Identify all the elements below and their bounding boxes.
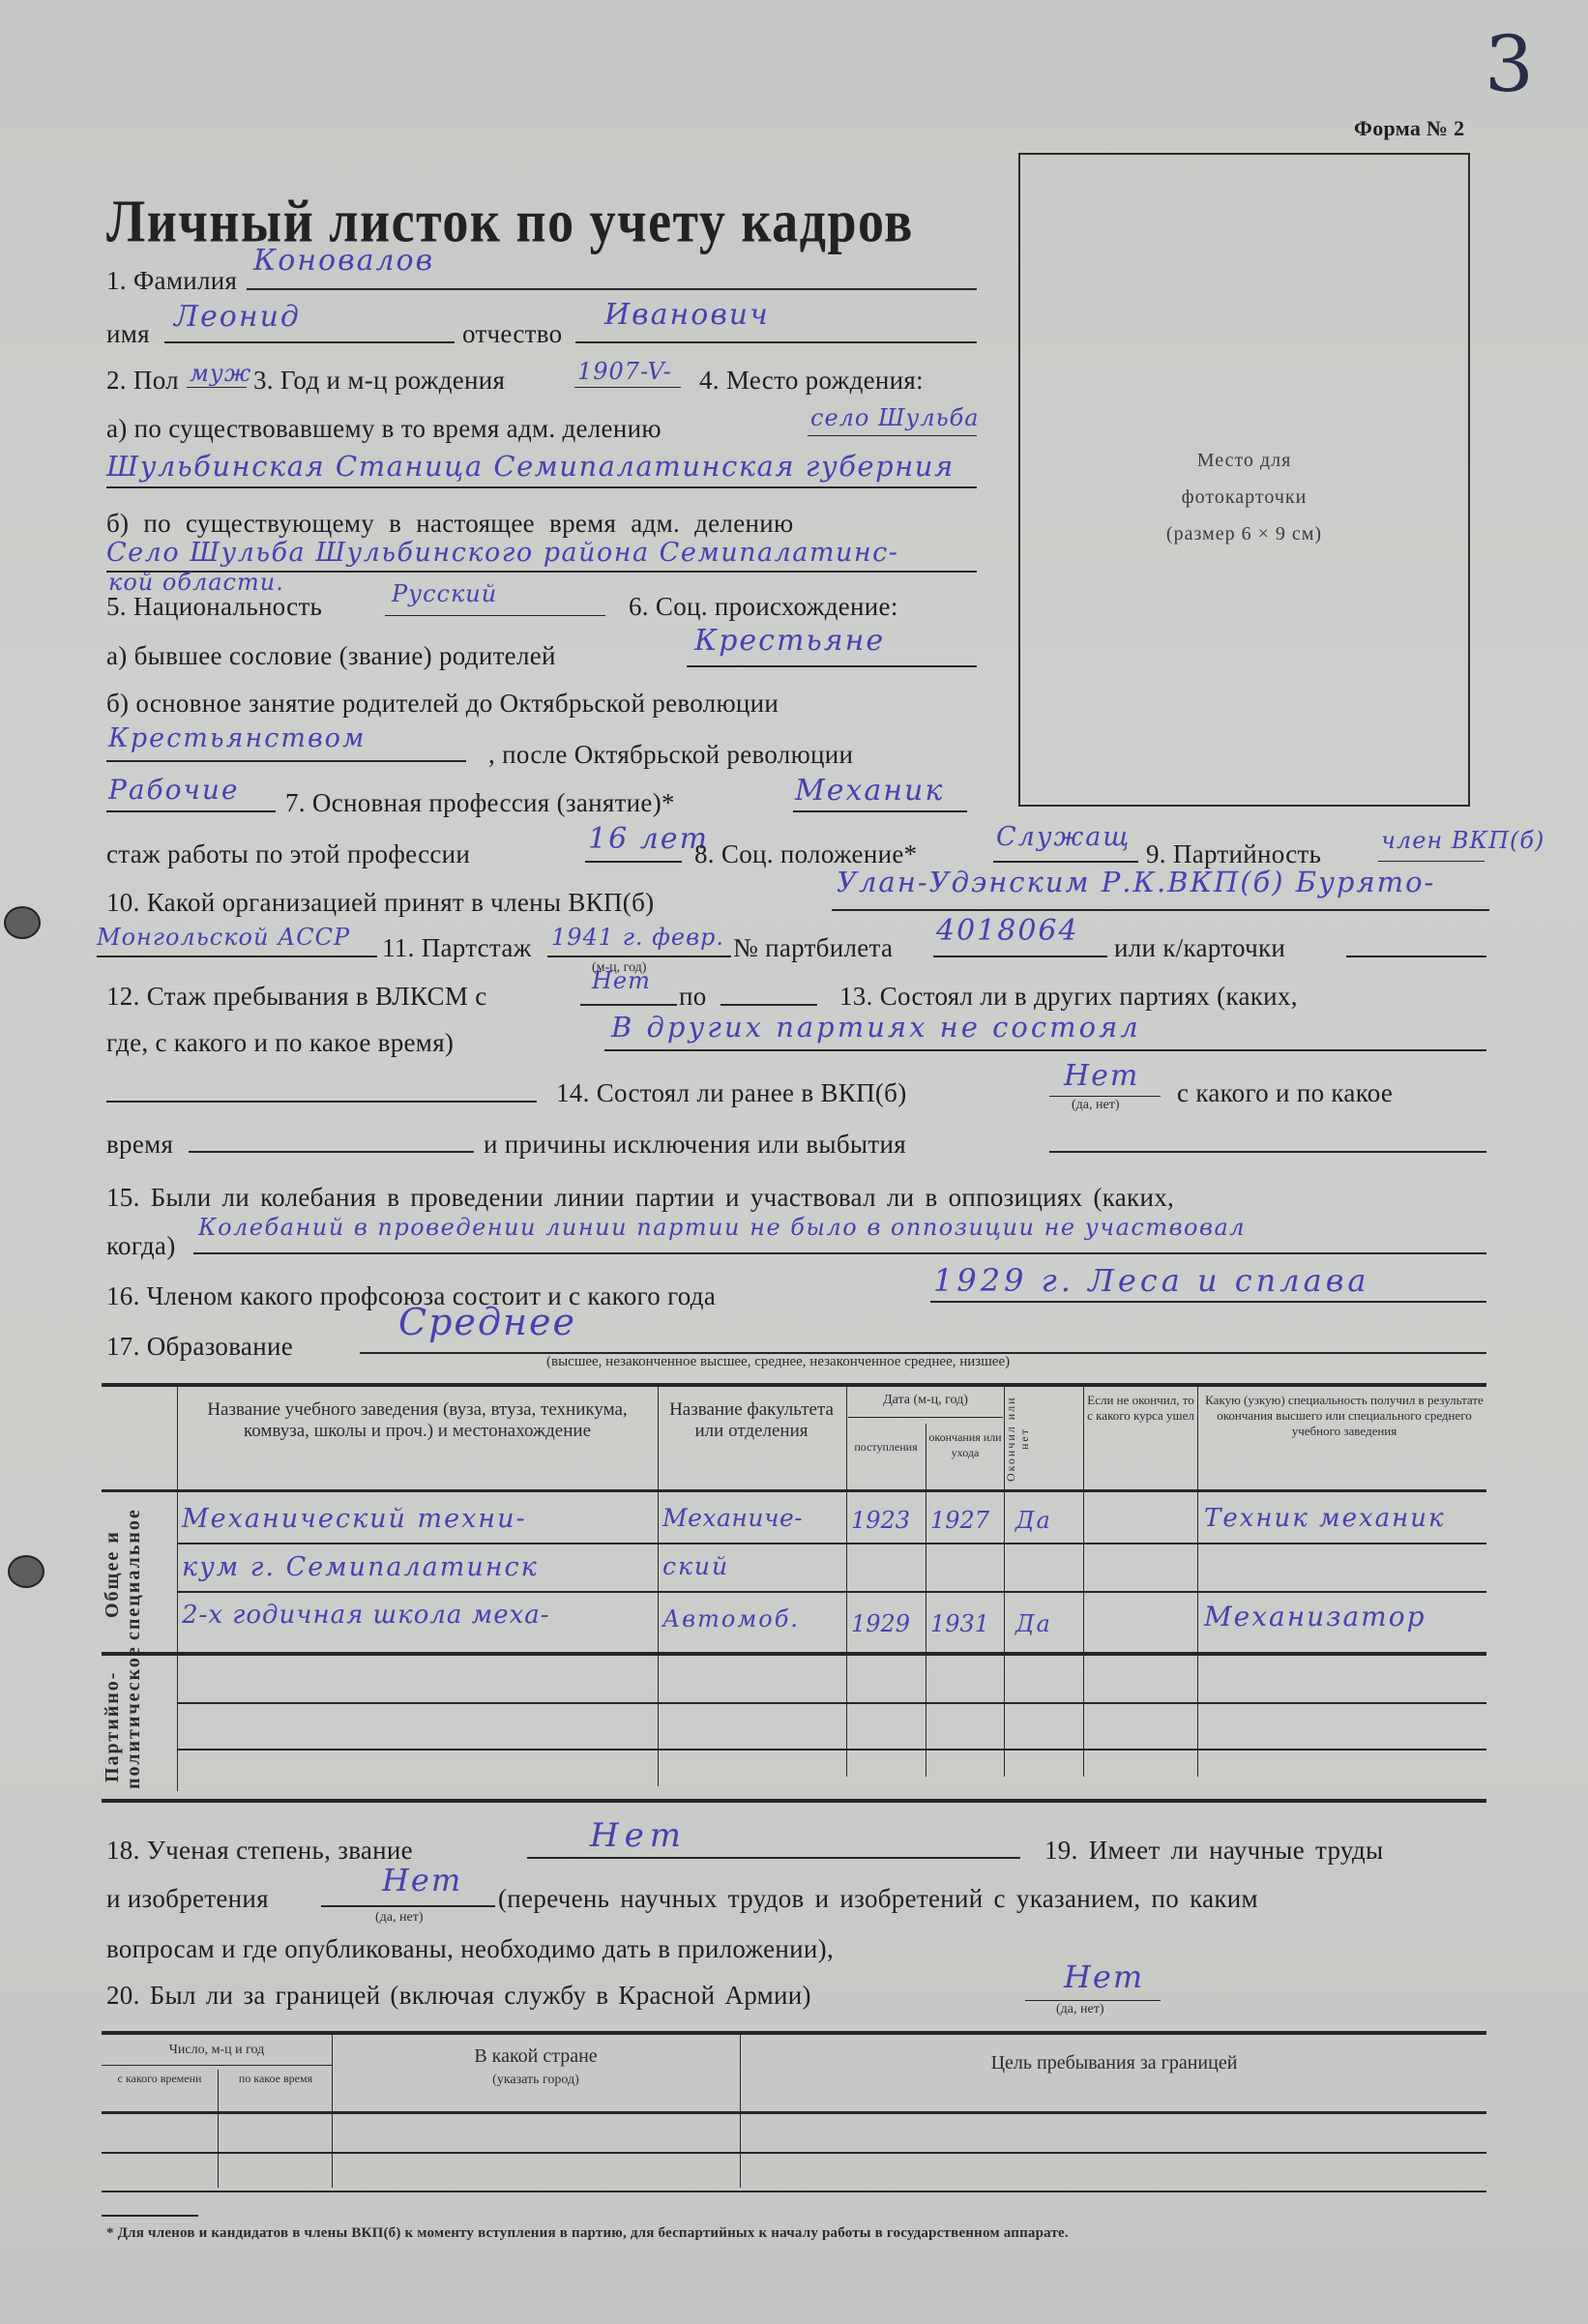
profession-field[interactable]: Механик xyxy=(795,774,944,808)
surname-label: 1. Фамилия xyxy=(106,266,237,296)
prior-vkp-after: с какого и по какое xyxy=(1177,1078,1393,1108)
photo-size: (размер 6 × 9 см) xyxy=(1020,523,1468,545)
degree-field[interactable]: Нет xyxy=(590,1816,687,1855)
cell-faculty[interactable]: Механиче- xyxy=(662,1504,803,1532)
document-page: 3 Форма № 2 Личный листок по учету кадро… xyxy=(0,0,1588,2324)
cell-institution[interactable]: 2-х годичная школа меха- xyxy=(182,1601,550,1630)
nationality-label: 5. Национальность xyxy=(106,592,322,622)
nationality-field[interactable]: Русский xyxy=(392,580,497,607)
col-header-purpose: Цель пребывания за границей xyxy=(742,2052,1486,2074)
birth-date-field[interactable]: 1907-V- xyxy=(577,358,672,385)
col-header-faculty: Название факультета или отделения xyxy=(660,1399,843,1442)
party-tenure-label: 11. Партстаж xyxy=(382,933,532,963)
prior-vkp-time-label: время xyxy=(106,1130,173,1160)
party-card-field[interactable]: 4018064 xyxy=(936,914,1079,948)
prior-vkp-hint: (да, нет) xyxy=(1072,1098,1120,1113)
abroad-field[interactable]: Нет xyxy=(1064,1958,1144,1995)
parents-occupation-before-field[interactable]: Крестьянством xyxy=(108,723,366,753)
footnote: * Для членов и кандидатов в члены ВКП(б)… xyxy=(106,2222,1489,2244)
birth-place-new-label: б) по существующему в настоящее время ад… xyxy=(106,509,793,539)
works-label-cont: и изобретения xyxy=(106,1884,269,1914)
sex-field[interactable]: муж xyxy=(190,360,251,387)
party-org-label: 10. Какой организацией принят в члены ВК… xyxy=(106,888,654,918)
education-hint: (высшее, незаконченное высшее, среднее, … xyxy=(546,1354,1010,1370)
col-header-from: с какого времени xyxy=(102,2072,218,2085)
col-header-entered: поступления xyxy=(847,1439,925,1455)
education-field[interactable]: Среднее xyxy=(398,1301,576,1343)
photo-label: Место для xyxy=(1020,450,1468,472)
first-name-label: имя xyxy=(106,319,150,349)
birth-place-new-field[interactable]: Село Шульба Шульбинского района Семипала… xyxy=(106,538,898,568)
first-name-field[interactable]: Леонид xyxy=(174,300,301,334)
other-parties-label: 13. Состоял ли в других партиях (каких, xyxy=(839,982,1298,1012)
col-header-course-left: Если не окончил, то с какого курса ушел xyxy=(1085,1393,1196,1424)
form-number: Форма № 2 xyxy=(1354,116,1464,141)
sex-label: 2. Пол xyxy=(106,366,179,396)
abroad-hint: (да, нет) xyxy=(1056,2002,1104,2017)
punch-hole xyxy=(4,906,41,939)
candidate-card-label: или к/карточки xyxy=(1114,933,1285,963)
birth-place-old-label: а) по существовавшему в то время адм. де… xyxy=(106,414,662,444)
col-header-country-hint: (указать город) xyxy=(334,2073,738,2088)
abroad-label: 20. Был ли за границей (включая службу в… xyxy=(106,1981,811,2011)
education-label: 17. Образование xyxy=(106,1332,293,1362)
col-header-date: Число, м-ц и год xyxy=(102,2043,332,2058)
profession-label: 7. Основная профессия (занятие)* xyxy=(285,788,675,818)
cell-faculty[interactable]: ский xyxy=(662,1552,729,1580)
cell-faculty[interactable]: Автомоб. xyxy=(662,1605,800,1633)
birth-date-label: 3. Год и м-ц рождения xyxy=(253,366,505,396)
works-hint: (да, нет) xyxy=(375,1910,424,1926)
komsomol-from-field[interactable]: Нет xyxy=(592,967,651,994)
birth-place-old-field-cont[interactable]: Шульбинская Станица Семипалатинская губе… xyxy=(106,450,955,483)
cell-completed[interactable]: Да xyxy=(1015,1610,1052,1637)
cell-finished[interactable]: 1931 xyxy=(930,1610,989,1637)
cell-specialty[interactable]: Техник механик xyxy=(1204,1504,1446,1533)
section-party: Партийно-политическое xyxy=(102,1663,175,1789)
col-header-specialty: Какую (узкую) специальность получил в ре… xyxy=(1204,1393,1485,1439)
birth-place-old-field[interactable]: село Шульба xyxy=(810,404,980,431)
parents-estate-field[interactable]: Крестьяне xyxy=(694,624,885,658)
photo-placeholder: Место для фотокарточки (размер 6 × 9 см) xyxy=(1018,153,1470,807)
party-org-field[interactable]: Улан-Удэнским Р.К.ВКП(б) Бурято- xyxy=(837,866,1435,898)
parents-estate-label: а) бывшее сословие (звание) родителей xyxy=(106,641,556,671)
col-header-completed: Окончил или нет xyxy=(1004,1393,1083,1485)
patronymic-field[interactable]: Иванович xyxy=(604,298,770,332)
party-membership-field[interactable]: член ВКП(б) xyxy=(1381,827,1544,854)
opposition-field[interactable]: Колебаний в проведении линии партии не б… xyxy=(198,1214,1246,1241)
cell-institution[interactable]: кум г. Семипалатинск xyxy=(182,1552,539,1582)
opposition-label: 15. Были ли колебания в проведении линии… xyxy=(106,1183,1174,1213)
col-header-country: В какой стране xyxy=(334,2045,738,2067)
prior-vkp-reason-label: и причины исключения или выбытия xyxy=(484,1130,906,1160)
parents-occupation-after-field[interactable]: Рабочие xyxy=(108,774,240,806)
patronymic-label: отчество xyxy=(462,319,562,349)
trade-union-field[interactable]: 1929 г. Леса и сплава xyxy=(933,1262,1369,1299)
page-number: 3 xyxy=(1485,19,1536,109)
photo-label: фотокарточки xyxy=(1020,486,1468,509)
works-label: 19. Имеет ли научные труды xyxy=(1044,1836,1384,1866)
col-header-finished: окончания или ухода xyxy=(926,1429,1004,1460)
parents-occupation-before-label: б) основное занятие родителей до Октябрь… xyxy=(106,689,779,719)
opposition-label-cont: когда) xyxy=(106,1231,176,1261)
prior-vkp-field[interactable]: Нет xyxy=(1064,1059,1139,1093)
cell-entered[interactable]: 1929 xyxy=(851,1610,910,1637)
social-status-field[interactable]: Служащ xyxy=(996,822,1131,852)
works-after: (перечень научных трудов и изобретений с… xyxy=(498,1884,1258,1914)
cell-specialty[interactable]: Механизатор xyxy=(1204,1601,1426,1633)
komsomol-to-label: по xyxy=(679,982,707,1012)
party-card-label: № партбилета xyxy=(733,933,893,963)
komsomol-label: 12. Стаж пребывания в ВЛКСМ с xyxy=(106,982,487,1012)
degree-label: 18. Ученая степень, звание xyxy=(106,1836,413,1866)
prior-vkp-label: 14. Состоял ли ранее в ВКП(б) xyxy=(556,1078,907,1108)
profession-experience-label: стаж работы по этой профессии xyxy=(106,839,470,869)
other-parties-label-cont: где, с какого и по какое время) xyxy=(106,1028,454,1058)
col-header-institution: Название учебного заведения (вуза, втуза… xyxy=(179,1399,656,1442)
surname-field[interactable]: Коновалов xyxy=(253,244,434,278)
col-header-date: Дата (м-ц, год) xyxy=(848,1393,1003,1408)
section-general: Общее и специальное xyxy=(102,1494,175,1654)
page-title: Личный листок по учету кадров xyxy=(106,187,914,255)
cell-finished[interactable]: 1927 xyxy=(930,1507,989,1534)
party-tenure-field[interactable]: 1941 г. февр. xyxy=(551,924,724,951)
social-origin-label: 6. Соц. происхождение: xyxy=(629,592,898,622)
cell-completed[interactable]: Да xyxy=(1015,1507,1052,1534)
works-field[interactable]: Нет xyxy=(382,1862,462,1898)
cell-institution[interactable]: Механический техни- xyxy=(182,1504,527,1534)
profession-experience-field[interactable]: 16 лет xyxy=(588,822,709,856)
other-parties-field[interactable]: В других партиях не состоял xyxy=(611,1011,1141,1044)
punch-hole xyxy=(8,1555,44,1588)
cell-entered[interactable]: 1923 xyxy=(851,1507,910,1534)
birth-place-label: 4. Место рождения: xyxy=(699,366,924,396)
parents-occupation-after-label: , после Октябрьской революции xyxy=(488,740,853,770)
party-org-field-cont[interactable]: Монгольской АССР xyxy=(97,924,350,951)
col-header-to: по какое время xyxy=(220,2072,332,2085)
works-after-cont: вопросам и где опубликованы, необходимо … xyxy=(106,1934,834,1964)
